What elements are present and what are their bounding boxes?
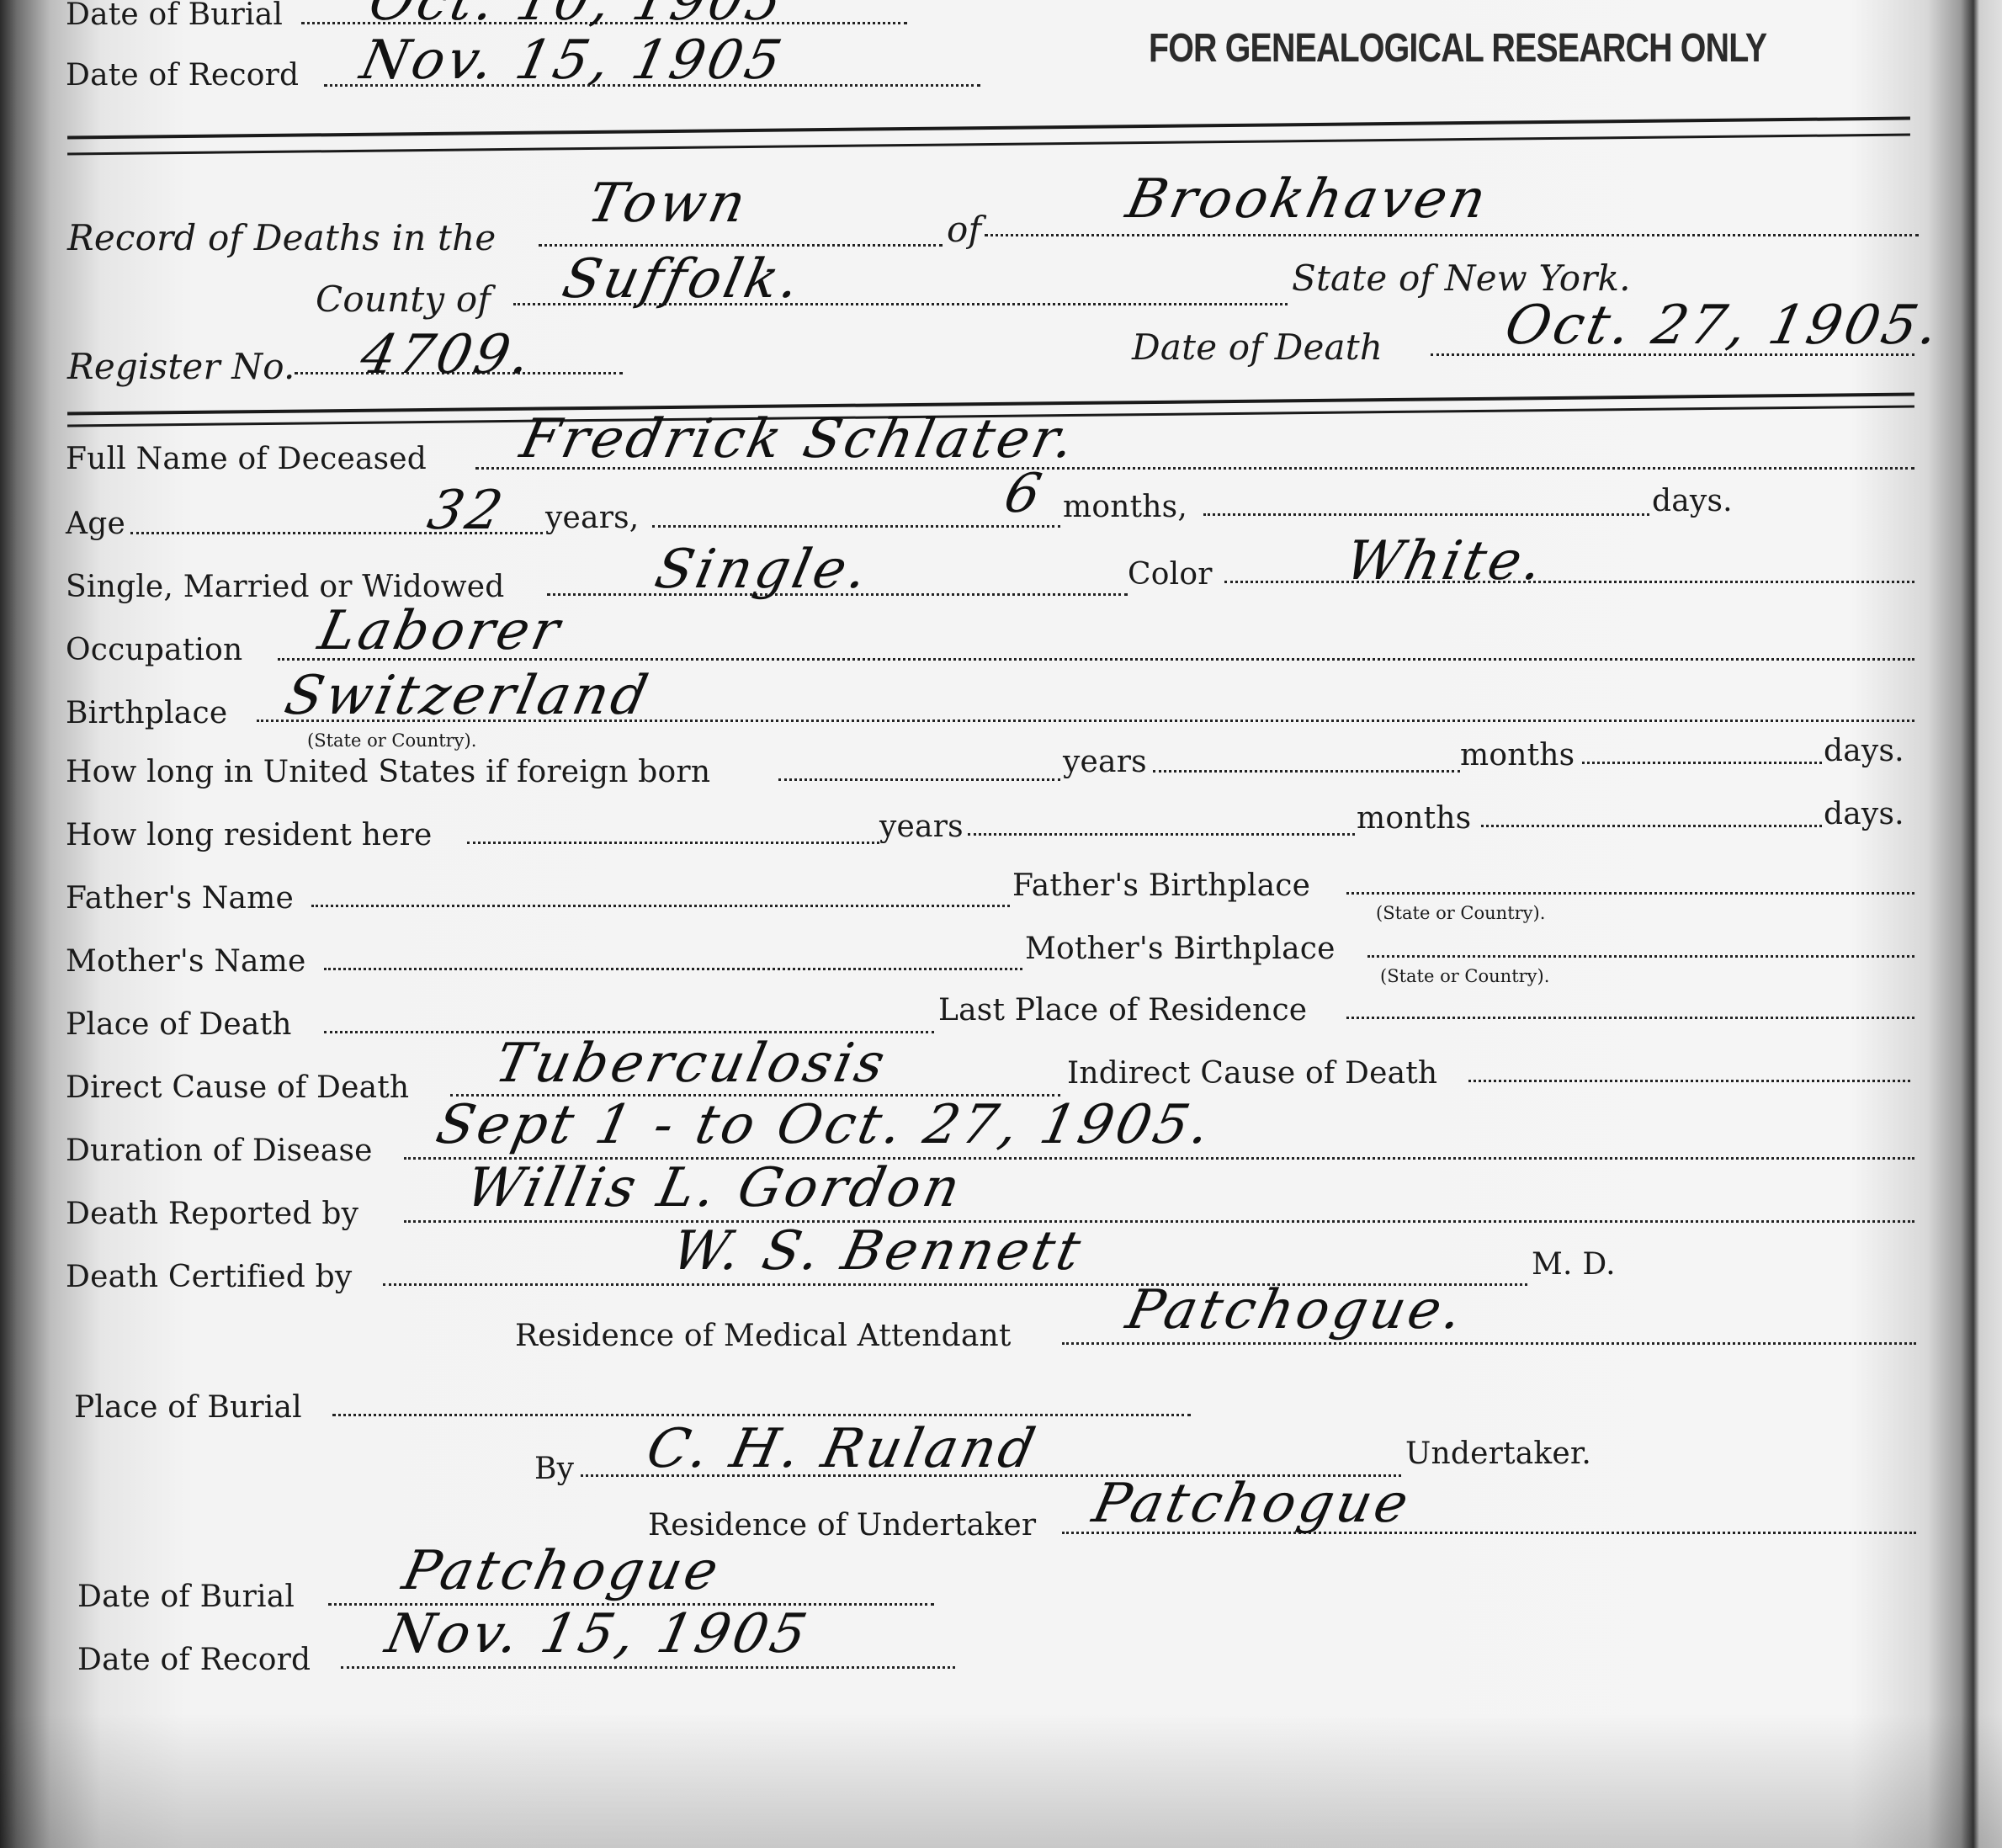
place-line: [985, 234, 1919, 236]
color-value: White.: [1341, 534, 1550, 588]
time-in-us-years-line: [778, 778, 1060, 781]
color-label: Color: [1128, 560, 1213, 590]
marital-status-label: Single, Married or Widowed: [66, 572, 504, 603]
reported-by-line: [404, 1220, 1914, 1223]
certified-by-value: W. S. Bennett: [667, 1224, 1088, 1278]
medical-attendant-residence-line: [1062, 1342, 1916, 1345]
reported-by-value: Willis L. Gordon: [461, 1161, 967, 1215]
state-label: State of New York.: [1292, 261, 1631, 296]
undertaker-residence-label: Residence of Undertaker: [648, 1511, 1036, 1541]
register-value: 4709.: [356, 328, 539, 382]
undertaker-label: Undertaker.: [1405, 1439, 1591, 1469]
county-label: County of: [316, 282, 491, 317]
father-birthplace-line: [1346, 892, 1914, 895]
color-line: [1224, 581, 1914, 583]
birthplace-label: Birthplace: [66, 698, 227, 729]
place-value: Brookhaven: [1122, 173, 1494, 226]
duration-label: Duration of Disease: [66, 1136, 373, 1166]
record-of-deaths-label: Record of Deaths in the: [67, 220, 496, 256]
mother-name-line: [324, 968, 1022, 970]
age-months-value: 6: [1000, 467, 1049, 521]
months-label: months,: [1063, 492, 1187, 523]
father-birthplace-label: Father's Birthplace: [1012, 871, 1310, 901]
prev-date-of-burial-label: Date of Burial: [66, 0, 283, 30]
resident-years-label: years: [879, 812, 964, 842]
certified-by-label: Death Certified by: [66, 1262, 352, 1293]
resident-days-line: [1481, 825, 1822, 827]
resident-months-label: months: [1357, 804, 1471, 834]
date-of-record-value: Nov. 15, 1905: [381, 1607, 814, 1661]
county-value: Suffolk.: [558, 252, 807, 306]
indirect-cause-line: [1468, 1080, 1910, 1082]
age-days-line: [1203, 513, 1649, 516]
mother-birthplace-note: (State or Country).: [1380, 968, 1549, 985]
undertaker-residence-value: Patchogue: [1088, 1477, 1415, 1531]
resident-months-line: [968, 833, 1355, 836]
birthplace-note: (State or Country).: [307, 732, 476, 750]
age-label: Age: [66, 509, 125, 539]
place-of-death-label: Place of Death: [66, 1010, 292, 1040]
death-record-page: Date of Burial Oct. 10, 1905 Date of Rec…: [0, 0, 2002, 1848]
mother-name-label: Mother's Name: [66, 947, 306, 977]
father-name-label: Father's Name: [66, 884, 294, 914]
prev-date-of-record-label: Date of Record: [66, 61, 299, 91]
page-bottom-shadow: [0, 1713, 2002, 1848]
date-of-death-value: Oct. 27, 1905.: [1500, 299, 1946, 353]
reported-by-label: Death Reported by: [66, 1199, 358, 1229]
father-name-line: [311, 905, 1010, 907]
genealogical-research-stamp: FOR GENEALOGICAL RESEARCH ONLY: [1149, 25, 1766, 72]
occupation-value: Laborer: [314, 604, 567, 658]
place-of-burial-line: [332, 1414, 1191, 1416]
last-residence-label: Last Place of Residence: [938, 996, 1307, 1026]
by-label: By: [534, 1454, 574, 1484]
section-divider-top-2: [67, 134, 1910, 156]
town-value: Town: [583, 177, 753, 231]
time-in-us-days-label: days.: [1824, 736, 1904, 767]
of-label: of: [947, 212, 981, 247]
age-years-value: 32: [423, 484, 510, 538]
age-months-line: [652, 525, 1060, 528]
duration-value: Sept 1 - to Oct. 27, 1905.: [432, 1098, 1218, 1152]
occupation-label: Occupation: [66, 635, 242, 666]
register-no-label: Register No.: [67, 349, 295, 385]
prev-date-of-burial-value: Oct. 10, 1905: [364, 0, 789, 29]
resident-duration-label: How long resident here: [66, 820, 433, 851]
indirect-cause-label: Indirect Cause of Death: [1067, 1059, 1437, 1089]
date-of-record-line: [341, 1666, 955, 1669]
resident-years-line: [467, 842, 879, 844]
undertaker-value: C. H. Ruland: [642, 1422, 1043, 1476]
full-name-label: Full Name of Deceased: [66, 444, 427, 475]
time-in-us-months-line: [1153, 770, 1460, 773]
prev-date-of-record-value: Nov. 15, 1905: [356, 34, 789, 88]
medical-attendant-residence-label: Residence of Medical Attendant: [515, 1321, 1012, 1351]
mother-birthplace-label: Mother's Birthplace: [1025, 934, 1336, 964]
time-in-us-months-label: months: [1460, 741, 1575, 771]
mother-birthplace-line: [1367, 955, 1914, 958]
date-of-burial-label: Date of Burial: [77, 1582, 295, 1612]
full-name-value: Fredrick Schlater.: [516, 412, 1082, 466]
town-line: [539, 244, 943, 247]
marital-status-value: Single.: [651, 543, 875, 597]
time-in-us-years-label: years: [1063, 747, 1147, 778]
years-label: years,: [545, 503, 639, 534]
birthplace-value: Switzerland: [280, 669, 655, 723]
time-in-us-days-line: [1582, 762, 1822, 764]
resident-days-label: days.: [1824, 799, 1904, 830]
days-label: days.: [1652, 486, 1733, 517]
medical-attendant-residence-value: Patchogue.: [1122, 1283, 1470, 1337]
date-of-record-label: Date of Record: [77, 1645, 311, 1675]
direct-cause-label: Direct Cause of Death: [66, 1073, 409, 1103]
date-of-burial-value: Patchogue: [398, 1544, 725, 1598]
father-birthplace-note: (State or Country).: [1376, 905, 1545, 922]
date-of-death-label: Date of Death: [1132, 330, 1383, 365]
time-in-us-label: How long in United States if foreign bor…: [66, 757, 710, 788]
last-residence-line: [1346, 1017, 1914, 1019]
direct-cause-value: Tuberculosis: [491, 1037, 892, 1091]
place-of-burial-label: Place of Burial: [74, 1393, 302, 1423]
md-label: M. D.: [1532, 1250, 1616, 1280]
